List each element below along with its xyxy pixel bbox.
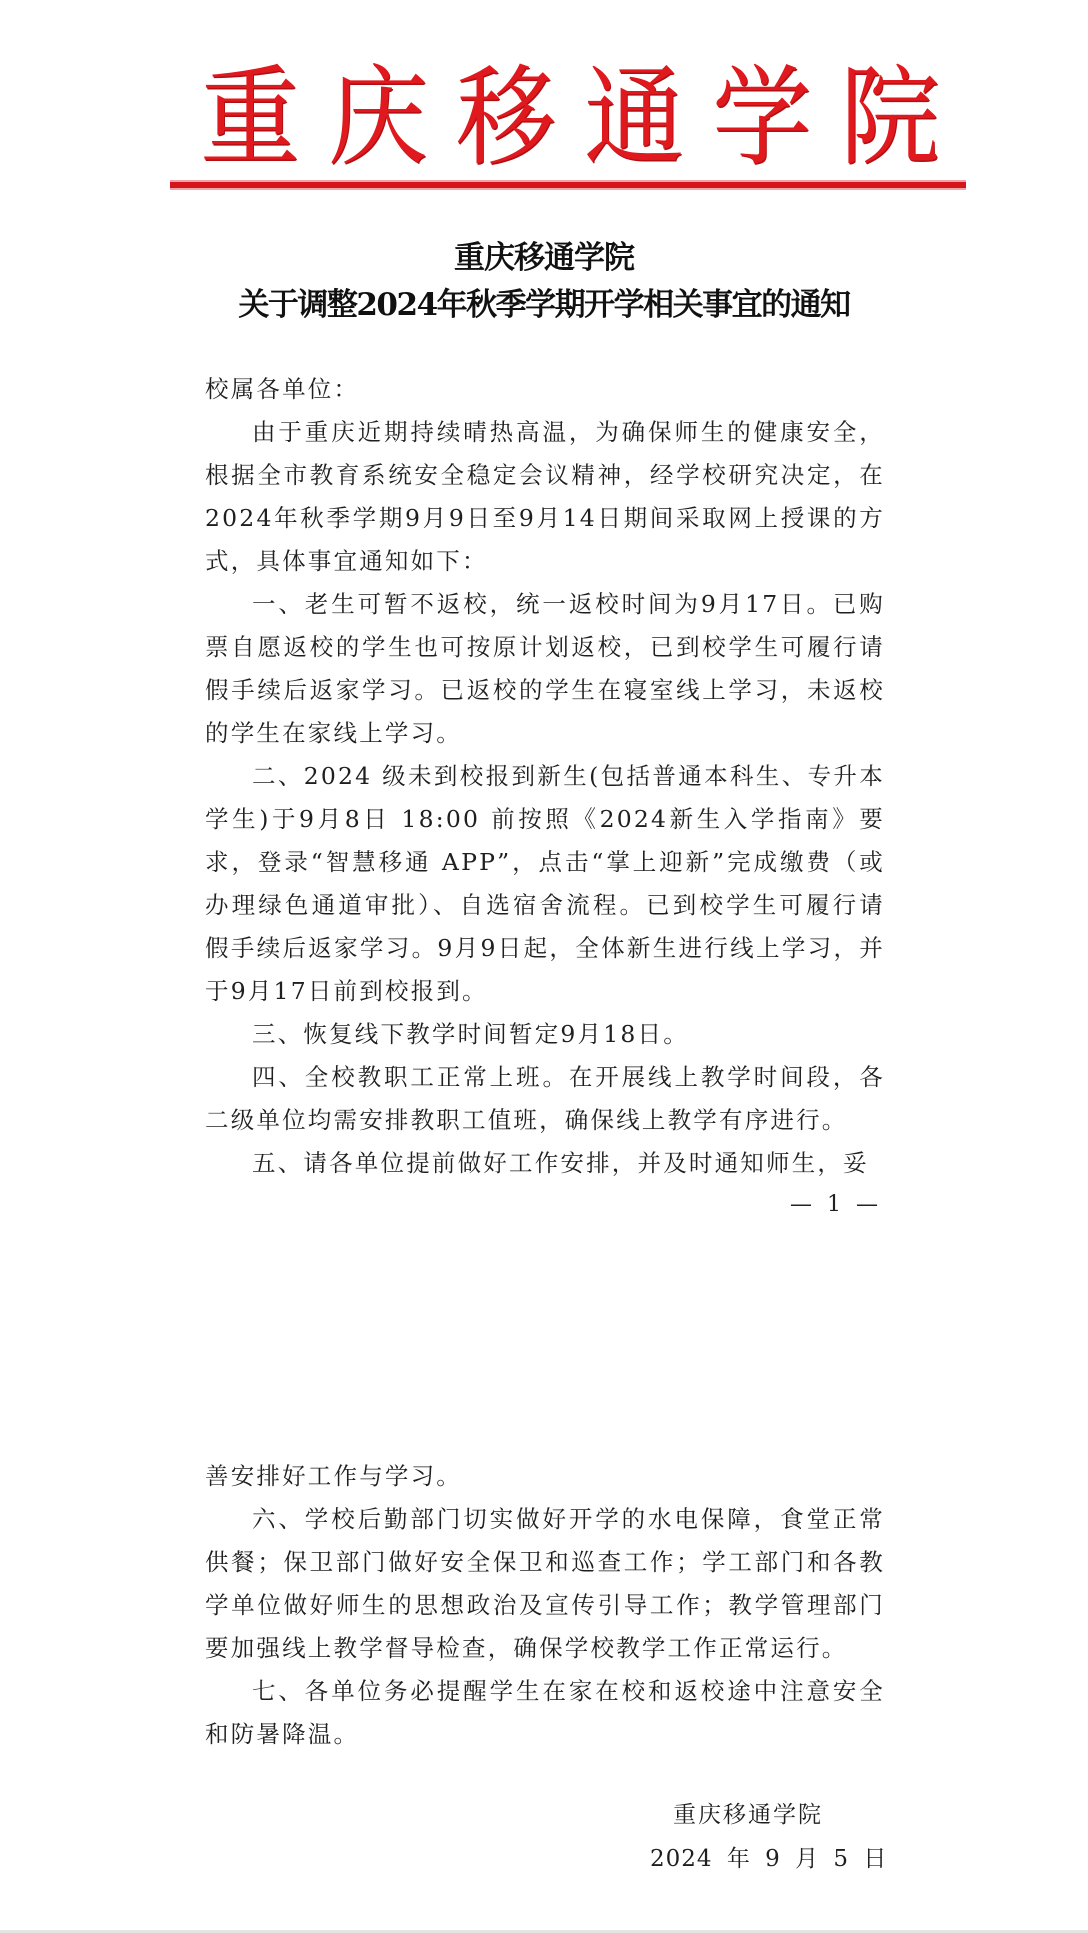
item-6-paragraph: 六、学校后勤部门切实做好开学的水电保障，食堂正常供餐；保卫部门做好安全保卫和巡查… xyxy=(205,1498,885,1670)
masthead-char: 学 xyxy=(712,53,812,183)
intro-paragraph: 由于重庆近期持续晴热高温，为确保师生的健康安全，根据全市教育系统安全稳定会议精神… xyxy=(205,411,885,583)
masthead-school-name: 重 庆 移 通 学 院 xyxy=(200,58,940,178)
signature-block: 重庆移通学院 2024 年 9 月 5 日 xyxy=(650,1793,887,1881)
masthead-red-divider xyxy=(170,182,966,188)
item-2-paragraph: 二、2024 级未到校报到新生(包括普通本科生、专升本学生)于9月8日 18:0… xyxy=(205,755,885,1013)
item-3-paragraph: 三、恢复线下教学时间暂定9月18日。 xyxy=(205,1013,885,1056)
document-title: 重庆移通学院 关于调整2024年秋季学期开学相关事宜的通知 xyxy=(0,235,1088,329)
item-1-paragraph: 一、老生可暂不返校，统一返校时间为9月17日。已购票自愿返校的学生也可按原计划返… xyxy=(205,583,885,755)
masthead-char: 通 xyxy=(584,53,684,183)
page-number: — 1 — xyxy=(790,1192,882,1217)
item-7-paragraph: 七、各单位务必提醒学生在家在校和返校途中注意安全和防暑降温。 xyxy=(205,1670,885,1756)
title-subject: 关于调整2024年秋季学期开学相关事宜的通知 xyxy=(0,282,1088,329)
masthead-char: 移 xyxy=(456,53,556,183)
signature-organization: 重庆移通学院 xyxy=(650,1793,887,1837)
item-5-paragraph-start: 五、请各单位提前做好工作安排，并及时通知师生，妥 xyxy=(205,1142,885,1185)
masthead-char: 重 xyxy=(200,53,300,183)
signature-date: 2024 年 9 月 5 日 xyxy=(650,1837,887,1881)
item-5-paragraph-end: 善安排好工作与学习。 xyxy=(205,1455,885,1498)
salutation: 校属各单位： xyxy=(205,368,885,411)
masthead-char: 庆 xyxy=(328,53,428,183)
page-2-body: 善安排好工作与学习。 六、学校后勤部门切实做好开学的水电保障，食堂正常供餐；保卫… xyxy=(205,1455,885,1756)
title-issuer: 重庆移通学院 xyxy=(0,235,1088,282)
page-1-body: 校属各单位： 由于重庆近期持续晴热高温，为确保师生的健康安全，根据全市教育系统安… xyxy=(205,368,885,1185)
masthead-char: 院 xyxy=(840,53,940,183)
item-4-paragraph: 四、全校教职工正常上班。在开展线上教学时间段，各二级单位均需安排教职工值班，确保… xyxy=(205,1056,885,1142)
